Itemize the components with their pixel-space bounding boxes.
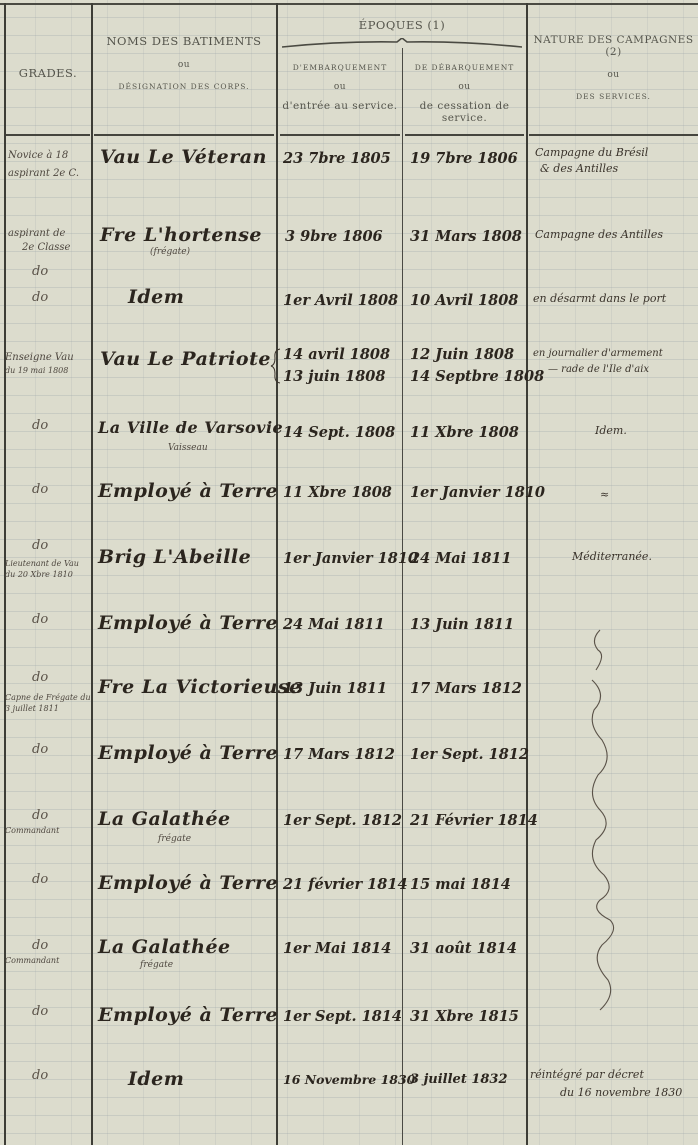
disembark-date: 17 Mars 1812 [410, 680, 522, 697]
campaign-cell: Campagne du Brésil [535, 146, 648, 159]
disembark-date: 13 Juin 1811 [410, 616, 514, 633]
embark-date: 23 7bre 1805 [283, 150, 391, 167]
header-embark-line1: D'EMBARQUEMENT [280, 63, 400, 72]
embark-date: 1er Avril 1808 [283, 292, 398, 309]
campaign-cell: réintégré par décret [530, 1068, 644, 1081]
header-disembark-line1: DE DÉBARQUEMENT [405, 63, 524, 72]
header-disembark: DE DÉBARQUEMENT ou de cessation de servi… [405, 63, 524, 124]
header-rule-disembark [405, 134, 524, 136]
ship-cell: Vau Le Véteran [100, 146, 267, 168]
campaign-cell: en journalier d'armement [533, 348, 663, 359]
ditto-mark: do [32, 612, 48, 627]
brace-icon [270, 348, 282, 384]
campaign-note: — rade de l'Ile d'aix [548, 364, 649, 375]
ship-cell: Employé à Terre [98, 612, 278, 634]
ship-cell: Employé à Terre [98, 872, 278, 894]
disembark-date: 31 Xbre 1815 [410, 1008, 519, 1025]
ditto-mark: do [32, 872, 48, 887]
embark-date: 14 avril 1808 [283, 346, 390, 363]
ship-cell: Idem [128, 1068, 184, 1090]
disembark-date: 24 Mai 1811 [410, 550, 512, 567]
grade-cell: aspirant de [8, 228, 65, 239]
ship-cell: Vau Le Patriote [100, 348, 271, 370]
embark-date: 17 Mars 1812 [283, 746, 395, 763]
column-rule-epoques-split [402, 48, 403, 1145]
header-embark-ou: ou [280, 82, 400, 92]
embark-date: 13 Juin 1811 [283, 680, 387, 697]
campaign-cell: Méditerranée. [572, 550, 652, 563]
ship-cell: La Ville de Varsovie [98, 418, 283, 437]
disembark-date: 3 juillet 1832 [410, 1072, 508, 1087]
column-rule-dates [526, 3, 528, 1145]
embark-date: 21 février 1814 [283, 876, 408, 893]
ship-cell: Fre L'hortense [100, 224, 262, 246]
grade-cell: Novice à 18 [8, 150, 68, 161]
ditto-mark: do [32, 290, 48, 305]
grade-note: Capne de Frégate du 3 juillet 1811 [5, 692, 91, 714]
ship-cell: Idem [128, 286, 184, 308]
header-ships: NOMS DES BATIMENTS ou DÉSIGNATION DES CO… [94, 34, 274, 91]
header-embark: D'EMBARQUEMENT ou d'entrée au service. [280, 63, 400, 112]
disembark-date: 21 Février 1814 [410, 812, 538, 829]
embark-date-2: 13 juin 1808 [283, 368, 385, 385]
header-epoques-brace [282, 38, 522, 48]
header-grades-label: GRADES. [19, 66, 77, 80]
disembark-date-2: 14 Septbre 1808 [410, 368, 544, 385]
grade-note: Lieutenant de Vau du 20 Xbre 1810 [5, 558, 91, 580]
embark-date: 11 Xbre 1808 [283, 484, 392, 501]
ditto-squiggle [580, 600, 640, 1020]
ship-sub: frégate [158, 834, 191, 844]
ditto-mark: do [32, 264, 48, 279]
embark-date: 24 Mai 1811 [283, 616, 385, 633]
header-ships-ou: ou [94, 60, 274, 70]
header-ships-line2: DÉSIGNATION DES CORPS. [94, 82, 274, 91]
ditto-mark: do [32, 938, 48, 953]
grade-note: 2e Classe [22, 242, 70, 253]
disembark-date: 19 7bre 1806 [410, 150, 518, 167]
embark-date: 1er Mai 1814 [283, 940, 391, 957]
header-epoques-label: ÉPOQUES (1) [359, 18, 445, 32]
register-page: GRADES. NOMS DES BATIMENTS ou DÉSIGNATIO… [0, 0, 698, 1145]
header-grades: GRADES. [6, 62, 90, 81]
grade-note: du 19 mai 1808 [5, 366, 68, 375]
campaign-note: & des Antilles [540, 162, 618, 175]
disembark-date: 11 Xbre 1808 [410, 424, 519, 441]
grade-note: aspirant 2e C. [8, 168, 79, 179]
ship-cell: La Galathée [98, 936, 231, 958]
ditto-mark: do [32, 742, 48, 757]
ship-cell: Brig L'Abeille [98, 546, 251, 568]
ditto-mark: do [32, 482, 48, 497]
ship-cell: Employé à Terre [98, 1004, 278, 1026]
campaign-mark: ≈ [600, 488, 609, 501]
disembark-date: 1er Janvier 1810 [410, 484, 545, 501]
column-rule-ships [276, 3, 278, 1145]
ditto-mark: do [32, 670, 48, 685]
header-campaigns-line2: DES SERVICES. [529, 92, 698, 101]
ship-cell: La Galathée [98, 808, 231, 830]
header-disembark-line2: de cessation de service. [405, 100, 524, 124]
ship-cell: Employé à Terre [98, 742, 278, 764]
embark-date: 1er Janvier 1810 [283, 550, 418, 567]
disembark-date: 15 mai 1814 [410, 876, 511, 893]
campaign-cell: en désarmt dans le port [533, 292, 666, 305]
embark-date: 1er Sept. 1812 [283, 812, 402, 829]
header-rule-ships [94, 134, 274, 136]
ditto-mark: do [32, 1068, 48, 1083]
grade-cell: Enseigne Vau [5, 352, 74, 363]
header-campaigns-line1: NATURE DES CAMPAGNES (2) [529, 34, 698, 58]
top-rule [0, 3, 698, 5]
header-rule-grades [6, 134, 90, 136]
ship-sub: (frégate) [150, 247, 190, 257]
header-campaigns: NATURE DES CAMPAGNES (2) ou DES SERVICES… [529, 34, 698, 101]
embark-date: 16 Novembre 1830 [283, 1072, 415, 1087]
header-epoques: ÉPOQUES (1) [280, 14, 524, 33]
grade-note: Commandant [5, 956, 59, 965]
header-campaigns-ou: ou [529, 70, 698, 80]
column-rule-grades [91, 3, 93, 1145]
disembark-date: 31 août 1814 [410, 940, 517, 957]
disembark-date: 31 Mars 1808 [410, 228, 522, 245]
campaign-cell: Idem. [595, 424, 627, 437]
embark-date: 3 9bre 1806 [285, 228, 383, 245]
ship-cell: Employé à Terre [98, 480, 278, 502]
ship-sub: frégate [140, 960, 173, 970]
ship-cell: Fre La Victorieuse [98, 676, 302, 698]
ditto-mark: do [32, 418, 48, 433]
disembark-date: 10 Avril 1808 [410, 292, 518, 309]
embark-date: 1er Sept. 1814 [283, 1008, 402, 1025]
ditto-mark: do [32, 808, 48, 823]
header-rule-campaigns [529, 134, 698, 136]
ditto-mark: do [32, 1004, 48, 1019]
grade-note: Commandant [5, 826, 59, 835]
header-rule-embark [280, 134, 400, 136]
campaign-cell: Campagne des Antilles [535, 228, 663, 241]
ditto-mark: do [32, 538, 48, 553]
header-ships-line1: NOMS DES BATIMENTS [94, 34, 274, 48]
campaign-note: du 16 novembre 1830 [560, 1086, 682, 1099]
header-embark-line2: d'entrée au service. [280, 100, 400, 112]
disembark-date: 12 Juin 1808 [410, 346, 514, 363]
disembark-date: 1er Sept. 1812 [410, 746, 529, 763]
header-disembark-ou: ou [405, 82, 524, 92]
embark-date: 14 Sept. 1808 [283, 424, 395, 441]
ship-sub: Vaisseau [168, 443, 208, 453]
